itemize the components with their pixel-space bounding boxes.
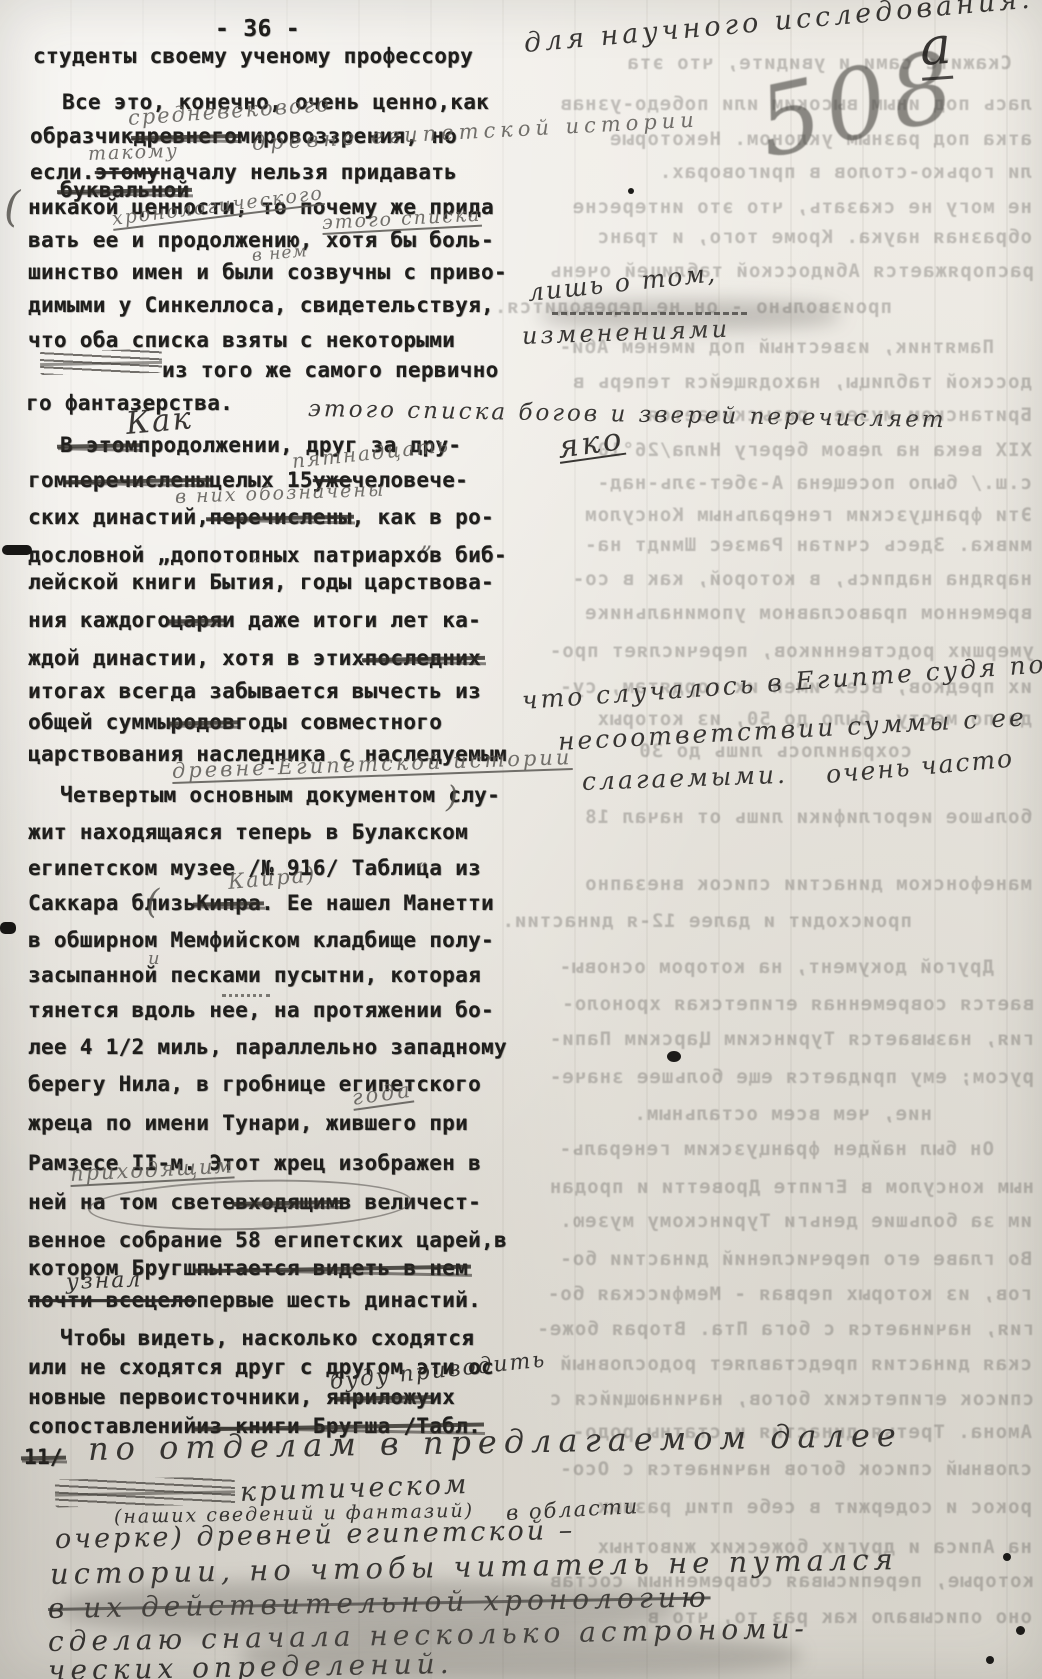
typed-segment: жит находящаяся теперь в Булакском — [28, 822, 468, 843]
bleedthrough-line: вается современная египетская хроноло- — [561, 995, 1034, 1014]
typed-segment: началу нельзя придавать — [159, 162, 457, 183]
handwritten-annotation: узнал — [66, 1267, 143, 1295]
bleedthrough-line: ская династия представляет родословный — [559, 1355, 1032, 1374]
typed-line: венное собрание 58 египетских царей,в — [28, 1230, 507, 1251]
bleedthrough-line: Во главе его перечислений династии бо- — [559, 1250, 1032, 1269]
typed-line: Четвертым основным документом слу- — [60, 785, 500, 806]
scanned-typescript-page: - 36 - Скажите сами и увидите, что этала… — [0, 0, 1042, 1679]
typed-segment: что оба списка взяты с некоторыми — [28, 330, 455, 351]
typed-segment-struck: родов — [170, 712, 235, 733]
typed-line: дословной „допотопных патриархов биб- — [28, 545, 507, 566]
typed-segment: шинство имен и были созвучны с приво- — [28, 262, 507, 283]
bleedthrough-line: большое иероглифики лишь от начал 18 — [584, 808, 1032, 827]
typed-segment: . Ее нашел Манетти — [261, 893, 494, 914]
typed-line: из того же самого первично — [162, 360, 499, 381]
typed-segment: венное собрание 58 египетских царей,в — [28, 1230, 507, 1251]
bleedthrough-line: рокос и содержит в себе птиц разных — [597, 1498, 1032, 1517]
typed-line: лее 4 1/2 миль, параллельно западному — [28, 1037, 507, 1058]
typed-segment-struck: перечислены — [209, 507, 351, 528]
typed-line: 11/ — [24, 1447, 63, 1468]
typed-line: димыми у Синкеллоса, свидетельствуя, — [28, 295, 494, 316]
handwritten-annotation: Как — [124, 400, 194, 442]
bleedthrough-line: Другой документ, на котором основы- — [559, 958, 994, 977]
bleedthrough-line: ли горько-столов в приговорах. — [659, 163, 1032, 182]
typed-line: жит находящаяся теперь в Булакском — [28, 822, 468, 843]
margin-dash-mark — [2, 545, 32, 555]
squiggle-correction-mark — [222, 986, 270, 997]
typed-segment: и даже итоги лет ка- — [222, 610, 481, 631]
bleedthrough-line: Эти французским генеральным Консулом — [584, 506, 1032, 525]
typed-segment: ждой династии, хотя в этих — [28, 648, 365, 669]
bleedthrough-line: образная наука. Кроме того, и транс — [597, 228, 1032, 247]
typed-line: ских династий, перечислены, как в ро- — [28, 507, 494, 528]
typed-segment: годы совместного — [235, 712, 442, 733]
handwritten-paren: ) — [446, 780, 458, 815]
typed-segment: из того же самого первично — [162, 360, 499, 381]
bleedthrough-line: нарядна надпись, в которой, как в со- — [572, 570, 1032, 589]
handwritten-annotation: такому — [88, 140, 180, 165]
handwritten-annotation: ″ — [252, 556, 260, 581]
archive-page-number-scrawl: 508 а — [749, 28, 969, 179]
typed-line: общей суммы родов годы совместного — [28, 712, 442, 733]
ink-speck — [1016, 1626, 1025, 1635]
typed-segment: лейской книги Бытия, годы царствова- — [28, 572, 494, 593]
typed-line: новные первоисточники, я приложу их — [28, 1387, 455, 1408]
typed-segment: , как в ро- — [352, 507, 494, 528]
typed-segment: первые шесть династий. — [196, 1290, 481, 1311]
typed-line: берегу Нила, в гробнице египетского — [28, 1074, 481, 1095]
typed-line: жреца по имени Тунари, жившего при — [28, 1113, 468, 1134]
bleedthrough-line: с.ш./ было посещена А-эбет-эль-над- — [597, 474, 1032, 493]
typed-segment: ния каждого — [28, 610, 170, 631]
handwritten-paren: ( — [4, 182, 20, 231]
typed-segment: общей суммы — [28, 712, 170, 733]
handwritten-annotation: и — [148, 948, 160, 969]
typed-segment: тянется вдоль нее, на протяжении бо- — [28, 1000, 494, 1021]
typed-segment-struck: царя — [170, 610, 222, 631]
handwritten-circle-mark — [87, 1176, 412, 1234]
bleedthrough-line: мивка. Здесь считан Рамзес Шмидт на- — [584, 536, 1032, 555]
bleedthrough-line: XIX века на левом берегу Нила/26°10' — [584, 441, 1032, 460]
ink-speck — [1003, 1553, 1011, 1561]
bleedthrough-line: русом; ему придается еще большее значе- — [549, 1068, 1034, 1087]
typed-segment-struck: последних — [365, 648, 482, 669]
page-number-header: - 36 - — [215, 18, 300, 41]
bleedthrough-line: словный список богов начинается с Осо- — [559, 1460, 1032, 1479]
bleedthrough-line: досской таблицы, находящейся теперь в — [572, 373, 1032, 392]
typed-segment: жреца по имени Тунари, жившего при — [28, 1113, 468, 1134]
ink-smudge — [60, 1580, 680, 1638]
bleedthrough-line: Он был найден французским генераль- — [559, 1140, 994, 1159]
bleedthrough-line: гия, начинается с бога Пта. Вторая боже- — [536, 1320, 1034, 1339]
bleedthrough-line: происходит и далее 12-я династии. — [502, 912, 913, 931]
typed-segment: итогах всегда забывается вычесть из — [28, 681, 481, 702]
handwritten-annotation: слагаемыми. — [581, 760, 788, 796]
typed-line: засыпанной песками пусытни, которая — [28, 965, 481, 986]
typed-line: шинство имен и были созвучны с приво- — [28, 262, 507, 283]
typed-segment-struck: В этом — [60, 435, 138, 456]
typed-line: Чтобы видеть, насколько сходятся — [60, 1328, 474, 1349]
handwritten-annotation: „ — [420, 526, 432, 554]
handwritten-annotation: очень часто — [825, 744, 1015, 789]
bleedthrough-line: не могу не сказать, что это интересне — [572, 198, 1032, 217]
ink-speck — [667, 1051, 681, 1062]
handwritten-annotation: этого списка богов и зверей перечисляет — [308, 396, 947, 433]
typed-segment: берегу Нила, в гробнице египетского — [28, 1074, 481, 1095]
bleedthrough-line: временном православном упоминальнике — [584, 604, 1032, 623]
typed-segment: студенты своему ученому профессору — [33, 46, 473, 67]
typed-segment: ских династий, — [28, 507, 209, 528]
typed-segment-struck: Кипра — [196, 893, 261, 914]
typed-segment: их — [429, 1387, 455, 1408]
bleedthrough-line: манефонском династии список внезапно — [584, 875, 1032, 894]
typed-line: Саккара близь Кипра. Ее нашел Манетти — [28, 893, 494, 914]
handwritten-annotation: ″ — [418, 860, 426, 885]
typed-segment: дословной „допотопных патриархов биб- — [28, 545, 507, 566]
handwritten-annotation: для научного исследования. — [523, 0, 1035, 59]
typed-line: тянется вдоль нее, на протяжении бо- — [28, 1000, 494, 1021]
bleedthrough-line: ным консулом в Египте Дроветти и продан — [549, 1178, 1034, 1197]
bleedthrough-line: список египетских богов, начинающийся с — [549, 1390, 1034, 1409]
typed-line: в обширном Мемфийском кладбище полу- — [28, 930, 494, 951]
bleedthrough-line: гия, называется Туринским Царским Папи- — [549, 1030, 1034, 1049]
typed-segment: в обширном Мемфийском кладбище полу- — [28, 930, 494, 951]
typed-segment: димыми у Синкеллоса, свидетельствуя, — [28, 295, 494, 316]
margin-dash-mark — [0, 922, 16, 934]
typed-line: что оба списка взяты с некоторыми — [28, 330, 455, 351]
crossed-out-scribble — [55, 1476, 235, 1507]
crossed-out-scribble — [40, 349, 162, 375]
typed-line: лейской книги Бытия, годы царствова- — [28, 572, 494, 593]
typed-segment: Чтобы видеть, насколько сходятся — [60, 1328, 474, 1349]
handwritten-annotation: яко — [555, 421, 626, 466]
typed-segment: Четвертым основным документом слу- — [60, 785, 500, 806]
typed-segment-struck: пытается видеть в нем — [196, 1258, 468, 1279]
ink-smudge — [540, 300, 840, 330]
typed-line: ния каждого царя и даже итоги лет ка- — [28, 610, 481, 631]
typed-segment: гом — [28, 470, 67, 491]
typed-segment: лее 4 1/2 миль, параллельно западному — [28, 1037, 507, 1058]
typed-segment-struck: 11/ — [24, 1447, 63, 1468]
typed-line: студенты своему ученому профессору — [33, 46, 473, 67]
typed-segment: Саккара близь — [28, 893, 196, 914]
ink-speck — [986, 1656, 994, 1664]
bleedthrough-line: ние, чем всем остальным. — [633, 1105, 932, 1124]
scrawl-suffix: а — [918, 16, 953, 81]
ink-speck — [628, 188, 634, 194]
typed-segment: засыпанной песками пусытни, которая — [28, 965, 481, 986]
bleedthrough-line: им за большие деньги Туринскому музею. — [559, 1212, 1032, 1231]
handwritten-paren: ( — [146, 882, 159, 922]
typed-segment: новные первоисточники, я — [28, 1387, 339, 1408]
ink-smudge — [240, 1632, 800, 1679]
typed-line: ждой династии, хотя в этих последних — [28, 648, 481, 669]
bleedthrough-line: гов, из которых первая - Мемфисская бо- — [547, 1285, 1032, 1304]
typed-line: итогах всегда забывается вычесть из — [28, 681, 481, 702]
